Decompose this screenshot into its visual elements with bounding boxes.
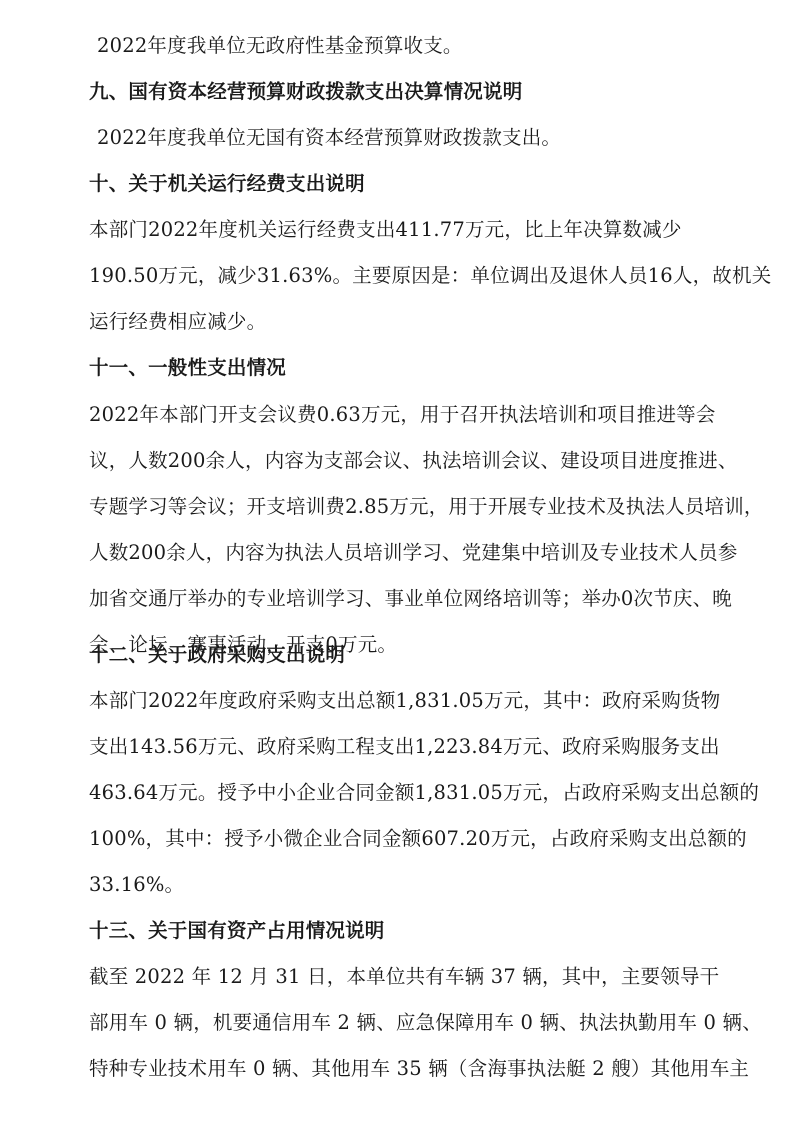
paragraph-line: 截至 2022 年 12 月 31 日，本单位共有车辆 37 辆，其中，主要领导…	[89, 964, 719, 990]
paragraph-line: 本部门2022年度政府采购支出总额1,831.05万元，其中：政府采购货物	[89, 688, 720, 714]
paragraph-line: 特种专业技术用车 0 辆、其他用车 35 辆（含海事执法艇 2 艘）其他用车主	[89, 1056, 749, 1082]
paragraph-line: 190.50万元，减少31.63%。主要原因是：单位调出及退休人员16人，故机关	[89, 263, 771, 289]
section-heading-nine: 九、国有资本经营预算财政拨款支出决算情况说明	[89, 79, 522, 105]
paragraph-line: 本部门2022年度机关运行经费支出411.77万元，比上年决算数减少	[89, 217, 682, 243]
paragraph-line: 463.64万元。授予中小企业合同金额1,831.05万元，占政府采购支出总额的	[89, 780, 759, 806]
section-heading-ten: 十、关于机关运行经费支出说明	[89, 171, 365, 197]
paragraph-line: 议，人数200余人，内容为支部会议、执法培训会议、建设项目进度推进、	[89, 448, 738, 474]
paragraph-line: 人数200余人，内容为执法人员培训学习、党建集中培训及专业技术人员参	[89, 540, 738, 566]
paragraph-line: 100%，其中：授予小微企业合同金额607.20万元，占政府采购支出总额的	[89, 826, 747, 852]
section-heading-eleven: 十一、一般性支出情况	[89, 355, 286, 381]
paragraph-line: 2022年本部门开支会议费0.63万元，用于召开执法培训和项目推进等会	[89, 402, 716, 428]
paragraph-line: 加省交通厅举办的专业培训学习、事业单位网络培训等；举办0次节庆、晚	[89, 586, 732, 612]
paragraph-line: 2022年度我单位无国有资本经营预算财政拨款支出。	[97, 125, 561, 151]
paragraph-line: 支出143.56万元、政府采购工程支出1,223.84万元、政府采购服务支出	[89, 734, 720, 760]
paragraph-line: 2022年度我单位无政府性基金预算收支。	[97, 33, 463, 59]
paragraph-line: 运行经费相应减少。	[89, 309, 266, 335]
paragraph-line: 专题学习等会议；开支培训费2.85万元，用于开展专业技术及执法人员培训，	[89, 494, 764, 520]
paragraph-line: 部用车 0 辆，机要通信用车 2 辆、应急保障用车 0 辆、执法执勤用车 0 辆…	[89, 1010, 762, 1036]
section-heading-thirteen: 十三、关于国有资产占用情况说明	[89, 918, 385, 944]
paragraph-line: 33.16%。	[89, 872, 184, 898]
section-heading-twelve: 十二、关于政府采购支出说明	[89, 642, 345, 668]
document-page: 2022年度我单位无政府性基金预算收支。 九、国有资本经营预算财政拨款支出决算情…	[0, 0, 793, 1122]
